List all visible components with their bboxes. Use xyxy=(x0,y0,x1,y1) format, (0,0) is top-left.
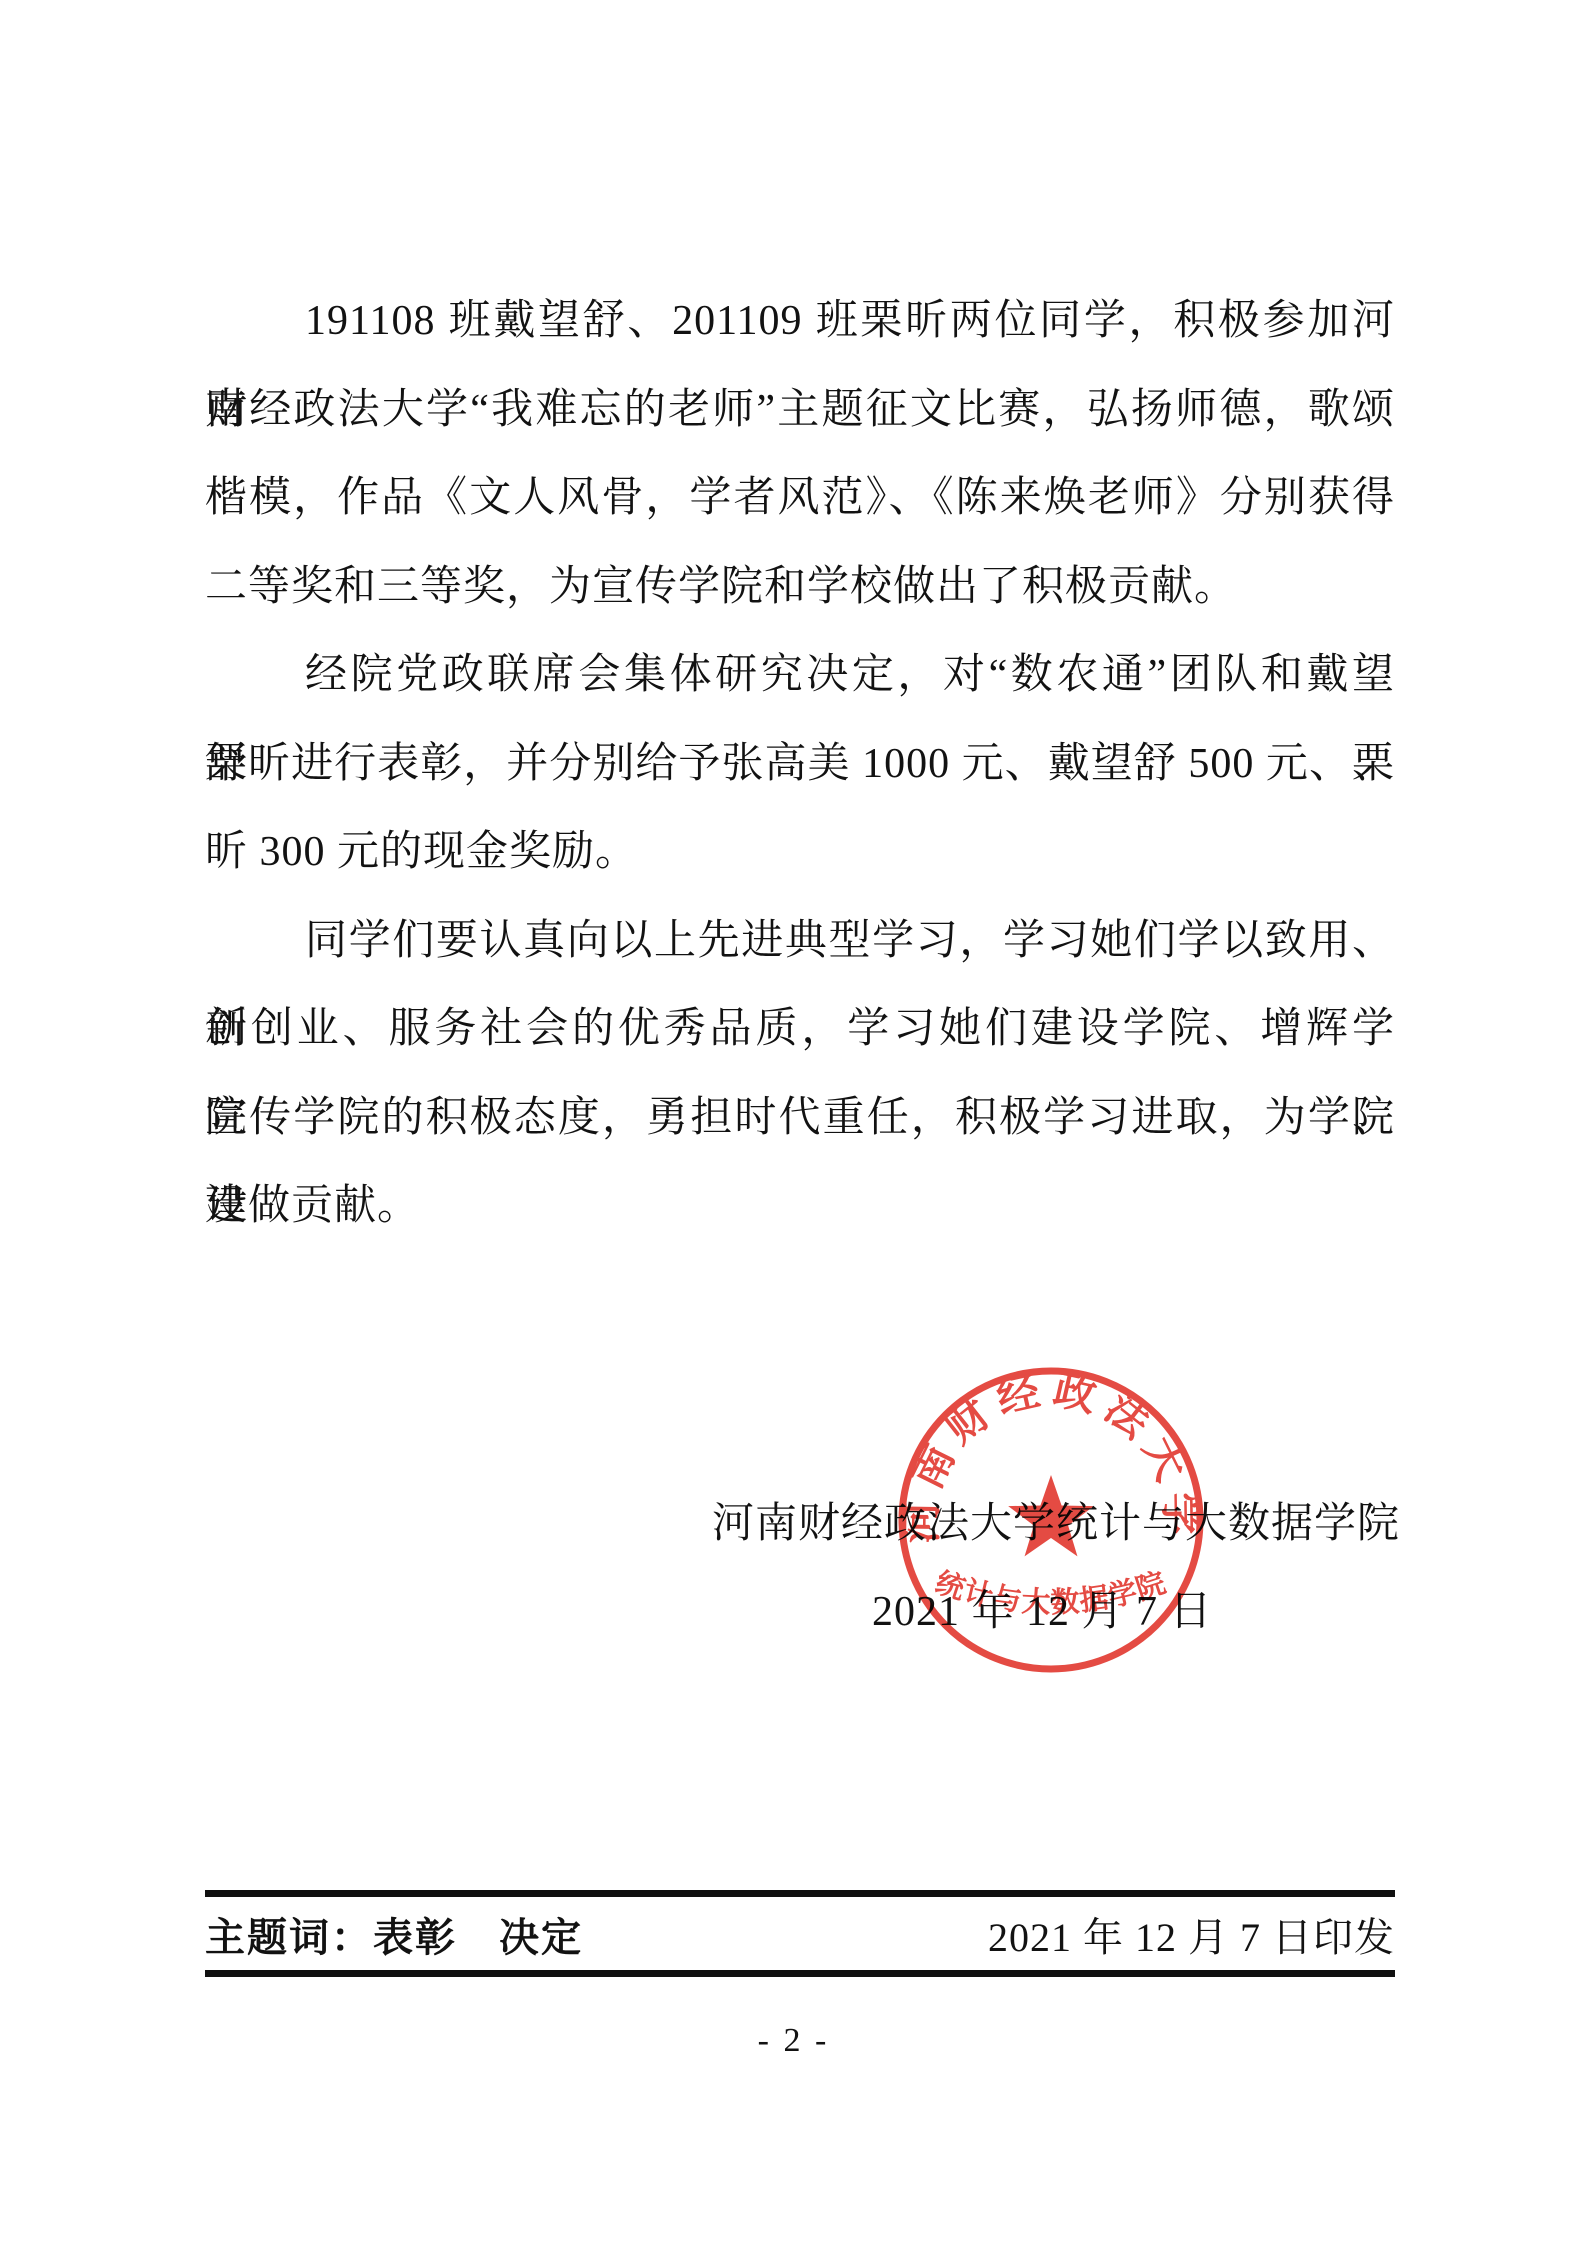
document-page: 191108 班戴望舒、201109 班栗昕两位同学，积极参加河南 财经政法大学… xyxy=(0,0,1587,2245)
body-line: 二等奖和三等奖，为宣传学院和学校做出了积极贡献。 xyxy=(205,543,1395,632)
print-date: 2021 年 12 月 7 日印发 xyxy=(988,1906,1395,1963)
body-line: 设做贡献。 xyxy=(205,1162,1395,1251)
body-line: 新创业、服务社会的优秀品质，学习她们建设学院、增辉学院、 xyxy=(205,985,1395,1074)
footer-rule-top xyxy=(205,1890,1395,1897)
footer-rule-bottom xyxy=(205,1970,1395,1977)
body-line: 财经政法大学“我难忘的老师”主题征文比赛，弘扬师德，歌颂 xyxy=(205,366,1395,455)
body-line: 宣传学院的积极态度，勇担时代重任，积极学习进取，为学院建 xyxy=(205,1074,1395,1163)
document-body: 191108 班戴望舒、201109 班栗昕两位同学，积极参加河南 财经政法大学… xyxy=(205,277,1395,1251)
body-line: 191108 班戴望舒、201109 班栗昕两位同学，积极参加河南 xyxy=(205,277,1395,366)
seal-star-icon xyxy=(1008,1475,1094,1556)
footer: 主题词：表彰 决定 2021 年 12 月 7 日印发 xyxy=(205,1903,1395,1965)
body-line: 楷模，作品《文人风骨，学者风范》、《陈来焕老师》分别获得 xyxy=(205,454,1395,543)
body-line: 栗昕进行表彰，并分别给予张高美 1000 元、戴望舒 500 元、栗 xyxy=(205,720,1395,809)
seal-bottom-arc-text: 统计与大数据学院 xyxy=(931,1565,1170,1619)
page-number: - 2 - xyxy=(0,2022,1587,2060)
official-seal-stamp: 河南财经政法大学 统计与大数据学院 xyxy=(890,1359,1212,1681)
body-line: 昕 300 元的现金奖励。 xyxy=(205,808,1395,897)
body-line: 同学们要认真向以上先进典型学习，学习她们学以致用、创 xyxy=(205,897,1395,986)
subject-keywords: 主题词：表彰 决定 xyxy=(205,1906,583,1963)
body-line: 经院党政联席会集体研究决定，对“数农通”团队和戴望舒、 xyxy=(205,631,1395,720)
